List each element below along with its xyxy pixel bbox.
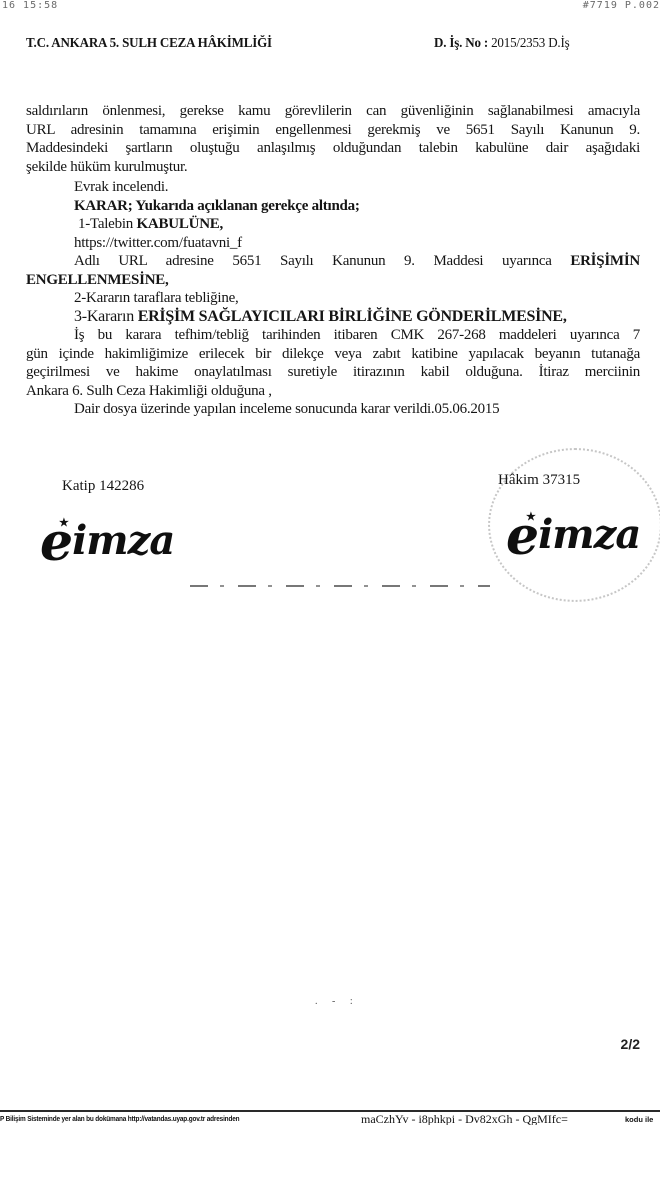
decision-item-2: 2-Kararın taraflara tebliğine, xyxy=(26,289,640,308)
fax-header-page-id: #7719 P.002 xyxy=(583,0,660,12)
adli-bold-1: ERİŞİMİN xyxy=(570,253,640,269)
esign-text: imza xyxy=(538,511,640,558)
footer-prefix: P Bilişim Sisteminde yer alan bu doküman… xyxy=(0,1113,239,1125)
text-line: Ankara 6. Sulh Ceza Hakimliği olduğuna , xyxy=(26,382,640,401)
verification-code: maCzhYv - i8phkpi - Dv82xGh - QgMIfc= xyxy=(361,1113,568,1125)
case-number-value: 2015/2353 D.İş xyxy=(488,36,569,51)
decision-body: saldırıların önlenmesi, gerekse kamu gör… xyxy=(26,102,640,419)
appeal-paragraph: İş bu karara tefhim/tebliğ tarihinden it… xyxy=(26,326,640,400)
text-line: Maddesindeki şartların oluştuğu anlaşılm… xyxy=(26,139,640,158)
footer-divider xyxy=(0,1110,660,1112)
decision-item-1: 1-Talebin KABULÜNE, xyxy=(26,215,640,234)
text-line: gün içinde hakimliğimize erilecek bir di… xyxy=(26,345,640,364)
evrak-line: Evrak incelendi. xyxy=(26,178,640,197)
page-number: 2/2 xyxy=(621,1036,640,1052)
judge-e-signature: ★eimza xyxy=(506,500,640,561)
fax-header-timestamp: 16 15:58 xyxy=(2,0,58,12)
uyap-footer: P Bilişim Sisteminde yer alan bu doküman… xyxy=(0,1113,660,1125)
esign-cap: e xyxy=(506,506,538,567)
item1-prefix: 1-Talebin xyxy=(78,216,137,232)
closing-line: Dair dosya üzerinde yapılan inceleme son… xyxy=(26,400,640,419)
text-line: URL adresinin tamamına erişimin engellen… xyxy=(26,121,640,140)
item3-bold: ERİŞİM SAĞLAYICILARI BİRLİĞİNE GÖNDERİLM… xyxy=(138,308,567,325)
item3-prefix: 3-Kararın xyxy=(74,308,138,325)
adli-prefix: Adlı URL adresine 5651 Sayılı Kanunun 9.… xyxy=(74,253,570,269)
text-line: geçirilmesi ve hakime onaylatılması sure… xyxy=(26,363,640,382)
decision-item-3: 3-Kararın ERİŞİM SAĞLAYICILARI BİRLİĞİNE… xyxy=(26,308,640,327)
scan-specks: . - : xyxy=(315,996,359,1007)
adli-bold-2: ENGELLENMESİNE, xyxy=(26,271,640,290)
dashed-divider xyxy=(190,585,490,587)
clerk-label: Katip 142286 xyxy=(62,478,144,495)
esign-text: imza xyxy=(72,517,174,564)
karar-heading: KARAR; Yukarıda açıklanan gerekçe altınd… xyxy=(26,197,640,216)
text-line: saldırıların önlenmesi, gerekse kamu gör… xyxy=(26,102,640,121)
access-block-paragraph: Adlı URL adresine 5651 Sayılı Kanunun 9.… xyxy=(26,252,640,289)
footer-suffix: kodu ile xyxy=(625,1114,653,1125)
case-number-label: D. İş. No : xyxy=(434,36,488,51)
judge-label: Hâkim 37315 xyxy=(498,472,580,489)
court-title: T.C. ANKARA 5. SULH CEZA HÂKİMLİĞİ xyxy=(26,36,272,52)
text-line: İş bu karara tefhim/tebliğ tarihinden it… xyxy=(26,326,640,345)
clerk-e-signature: ★eimza xyxy=(40,506,174,567)
case-number: D. İş. No : 2015/2353 D.İş xyxy=(434,36,570,52)
reasoning-paragraph: saldırıların önlenmesi, gerekse kamu gör… xyxy=(26,102,640,176)
text-line: Adlı URL adresine 5651 Sayılı Kanunun 9.… xyxy=(26,252,640,271)
target-url: https://twitter.com/fuatavni_f xyxy=(26,234,640,253)
esign-cap: e xyxy=(40,512,72,573)
text-line: şekilde hüküm kurulmuştur. xyxy=(26,158,640,177)
item1-bold: KABULÜNE, xyxy=(137,216,224,232)
